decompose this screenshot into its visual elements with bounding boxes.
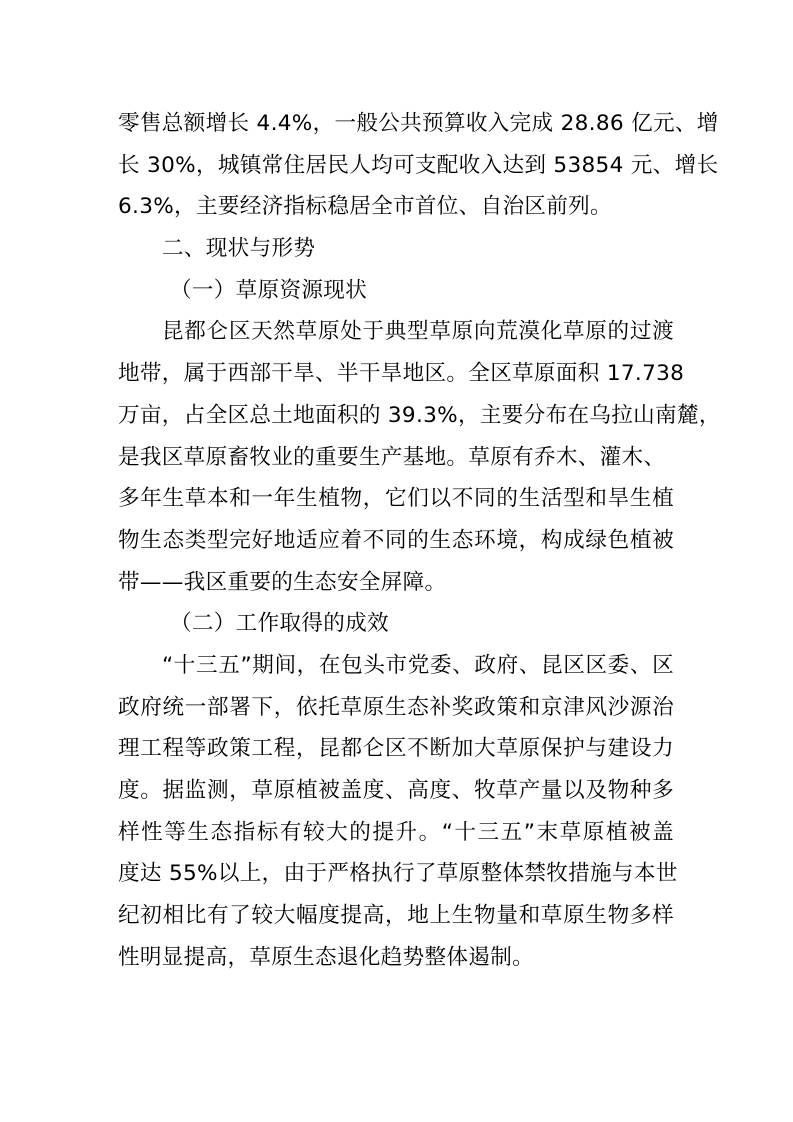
text-line: 物生态类型完好地适应着不同的生态环境，构成绿色植被 (118, 520, 674, 562)
text-line: 性明显提高，草原生态退化趋势整体遏制。 (118, 937, 674, 979)
document-page: 零售总额增长 4.4%，一般公共预算收入完成 28.86 亿元、增 长 30%，… (118, 103, 674, 978)
text-line: 万亩，占全区总土地面积的 39.3%，主要分布在乌拉山南麓， (118, 395, 674, 437)
text-line: 零售总额增长 4.4%，一般公共预算收入完成 28.86 亿元、增 (118, 103, 674, 145)
text-line: 度达 55%以上，由于严格执行了草原整体禁牧措施与本世 (118, 853, 674, 895)
text-line: 长 30%，城镇常住居民人均可支配收入达到 53854 元、增长 (118, 145, 674, 187)
paragraph-economic-summary: 零售总额增长 4.4%，一般公共预算收入完成 28.86 亿元、增 长 30%，… (118, 103, 674, 228)
subheading-text: （一）草原资源现状 (118, 270, 674, 312)
text-line: 政府统一部署下，依托草原生态补奖政策和京津风沙源治 (118, 687, 674, 729)
text-line: 度。据监测，草原植被盖度、高度、牧草产量以及物种多 (118, 770, 674, 812)
text-line: 带——我区重要的生态安全屏障。 (118, 562, 674, 604)
paragraph-grassland-description: 昆都仑区天然草原处于典型草原向荒漠化草原的过渡 地带，属于西部干旱、半干旱地区。… (118, 311, 674, 603)
text-line: 多年生草本和一年生植物，它们以不同的生活型和旱生植 (118, 478, 674, 520)
subheading-achievements: （二）工作取得的成效 (118, 603, 674, 645)
paragraph-achievements: “十三五”期间，在包头市党委、政府、昆区区委、区 政府统一部署下，依托草原生态补… (118, 645, 674, 979)
text-line: 是我区草原畜牧业的重要生产基地。草原有乔木、灌木、 (118, 437, 674, 479)
text-line: 昆都仑区天然草原处于典型草原向荒漠化草原的过渡 (118, 311, 674, 353)
text-line: 纪初相比有了较大幅度提高，地上生物量和草原生物多样 (118, 895, 674, 937)
subheading-grassland-resources: （一）草原资源现状 (118, 270, 674, 312)
text-line: 6.3%，主要经济指标稳居全市首位、自治区前列。 (118, 186, 674, 228)
section-heading-status-and-situation: 二、现状与形势 (118, 228, 674, 270)
text-line: 地带，属于西部干旱、半干旱地区。全区草原面积 17.738 (118, 353, 674, 395)
heading-text: 二、现状与形势 (118, 228, 674, 270)
text-line: 样性等生态指标有较大的提升。“十三五”末草原植被盖 (118, 812, 674, 854)
subheading-text: （二）工作取得的成效 (118, 603, 674, 645)
text-line: 理工程等政策工程，昆都仑区不断加大草原保护与建设力 (118, 728, 674, 770)
text-line: “十三五”期间，在包头市党委、政府、昆区区委、区 (118, 645, 674, 687)
